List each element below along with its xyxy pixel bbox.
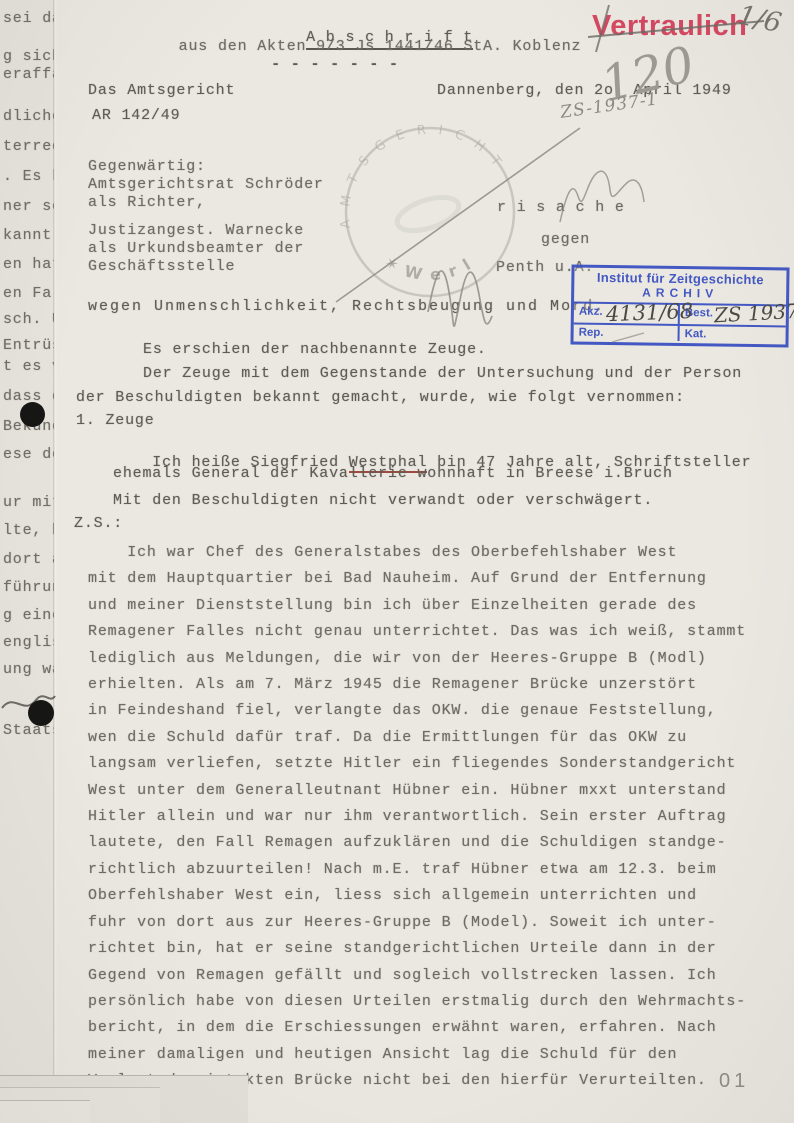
testimony-line: mit dem Hauptquartier bei Bad Nauheim. A… xyxy=(88,566,768,592)
margin-fragment: dort aus xyxy=(3,551,54,568)
margin-fragment: kannt geg xyxy=(3,227,54,244)
torn-page-edge-3 xyxy=(0,1100,90,1123)
court-name: Das Amtsgericht xyxy=(88,82,235,99)
round-stamp-bottom-textpath: ✶ W e r l xyxy=(381,252,475,284)
source-line: aus den Akten 9/3 Js 1441/46 StA. Koblen… xyxy=(150,38,610,55)
testimony-line: langsam verliefen, setzte Hitler ein fli… xyxy=(88,751,768,777)
testimony-line: Hitler allein und war nur ihm verantwort… xyxy=(88,804,768,830)
margin-fragment: lte, bitt xyxy=(3,522,54,539)
round-stamp-arc-text: A M T S G E R I C H T xyxy=(338,123,506,229)
archive-kat-cell: Kat. xyxy=(680,326,786,342)
margin-fragment: en hat, d xyxy=(3,256,54,273)
testimony-line: fuhr von dort aus zur Heeres-Gruppe B (M… xyxy=(88,910,768,936)
witness-label: 1. Zeuge xyxy=(76,412,155,429)
file-number: AR 142/49 xyxy=(92,107,180,124)
margin-fragment: englisch xyxy=(3,634,54,651)
margin-fragment: en Fall N xyxy=(3,285,54,302)
testimony-line: Oberfehlshaber West ein, liess sich allg… xyxy=(88,883,768,909)
page-number: 01 xyxy=(719,1070,749,1093)
present-line: als Richter, xyxy=(88,194,324,212)
dashes-divider: - - - - - - - xyxy=(235,56,435,73)
archive-best-value-handwriting: ZS 1937 xyxy=(713,299,794,328)
round-stamp-arc-textpath: A M T S G E R I C H T xyxy=(338,123,506,229)
clerk-lines: Justizangest. Warneckeals Urkundsbeamter… xyxy=(88,222,304,276)
testimony-line: und meiner Dienststellung bin ich über E… xyxy=(88,593,768,619)
margin-fragment: ner sein xyxy=(3,198,54,215)
page-edge-shadow xyxy=(53,0,57,1078)
archive-akz-value-handwriting: 4131/68 xyxy=(605,299,693,326)
archive-stamp-row-2: Rep. Kat. xyxy=(574,325,786,343)
testimony-line: Gegend von Remagen gefällt und sogleich … xyxy=(88,963,768,989)
testimony-line: bericht, in dem die Erschiessungen erwäh… xyxy=(88,1015,768,1041)
round-stamp-bottom-text: ✶ W e r l xyxy=(381,252,475,284)
case-gegen: gegen xyxy=(541,231,590,248)
zs-label: Z.S.: xyxy=(74,515,123,532)
testimony-line: wen die Schuld dafür traf. Da die Ermitt… xyxy=(88,725,768,751)
margin-fragment: ung wande xyxy=(3,661,54,678)
margin-fragment: t es viel xyxy=(3,358,54,375)
margin-fragment: ur mit de xyxy=(3,494,54,511)
archive-stamp-row-1: Akz. Best. 4131/68 ZS 1937 xyxy=(574,304,786,328)
archive-rep-cell: Rep. xyxy=(574,325,680,341)
margin-fragment: . Es komm xyxy=(3,168,54,185)
margin-fragment: sch. Über xyxy=(3,311,54,328)
margin-fragment: terredung xyxy=(3,138,54,155)
margin-fragment: ese dem N xyxy=(3,446,54,463)
testimony-line: richtlich abzuurteilen! Nach m.E. traf H… xyxy=(88,857,768,883)
testimony-paragraph: Ich war Chef des Generalstabes des Oberb… xyxy=(88,540,768,1095)
margin-fragment: Entrüstu xyxy=(3,337,54,354)
margin-fragment: eraffäre xyxy=(3,66,54,83)
vertraulich-stamp: Vertraulich xyxy=(592,10,747,43)
hole-punch-top xyxy=(20,402,45,427)
margin-fragment: sei das xyxy=(3,10,54,27)
clerk-line: Justizangest. Warnecke xyxy=(88,222,304,240)
testimony-line: persönlich habe von diesen Urteilen erst… xyxy=(88,989,768,1015)
testimony-line: in Feindeshand fiel, verlangte das OKW. … xyxy=(88,698,768,724)
witness-line-2: ehemals General der Kavallerie wohnhaft … xyxy=(113,465,673,482)
clerk-line: Geschäftsstelle xyxy=(88,258,304,276)
margin-fragment: führung xyxy=(3,579,54,596)
archive-institute-name: Institut für Zeitgeschichte xyxy=(574,270,786,288)
present-heading: Gegenwärtig: xyxy=(88,158,206,175)
testimony-line: West unter dem Generalleutnant Hübner ei… xyxy=(88,778,768,804)
witness-line-3: Mit den Beschuldigten nicht verwandt ode… xyxy=(113,492,653,509)
round-court-stamp: A M T S G E R I C H T ✶ W e r l xyxy=(333,122,529,308)
testimony-line: lautete, den Fall Remagen aufzuklären un… xyxy=(88,830,768,856)
present-line: Amtsgerichtsrat Schröder xyxy=(88,176,324,194)
instruction-line-1: Der Zeuge mit dem Gegenstande der Unters… xyxy=(143,365,742,382)
testimony-line: meiner damaligen und heutigen Ansicht la… xyxy=(88,1042,768,1068)
round-stamp-date-smudge xyxy=(393,191,463,237)
clerk-line: als Urkundsbeamter der xyxy=(88,240,304,258)
archive-stamp: Institut für Zeitgeschichte ARCHIV Akz. … xyxy=(570,264,789,347)
testimony-line: Remagener Falles nicht genau unterrichte… xyxy=(88,619,768,645)
document-scan: sei dasg sich überaffäredlichen Cterredu… xyxy=(0,0,794,1123)
margin-fragment: g einen xyxy=(3,607,54,624)
testimony-line: lediglich aus Meldungen, die wir von der… xyxy=(88,646,768,672)
instruction-line-2: der Beschuldigten bekannt gemacht, wurde… xyxy=(76,389,685,406)
testimony-line: erhielten. Als am 7. März 1945 die Remag… xyxy=(88,672,768,698)
present-lines: Amtsgerichtsrat Schröderals Richter, xyxy=(88,176,324,212)
testimony-line: richtet bin, hat er seine standgerichtli… xyxy=(88,936,768,962)
hole-punch-bottom xyxy=(28,700,54,726)
testimony-line: Ich war Chef des Generalstabes des Oberb… xyxy=(88,540,768,566)
appearance-line: Es erschien der nachbenannte Zeuge. xyxy=(143,341,487,358)
margin-fragment: dlichen C xyxy=(3,108,54,125)
margin-fragment: g sich üb xyxy=(3,48,54,65)
underlying-page-strip: sei dasg sich überaffäredlichen Cterredu… xyxy=(0,0,54,1078)
